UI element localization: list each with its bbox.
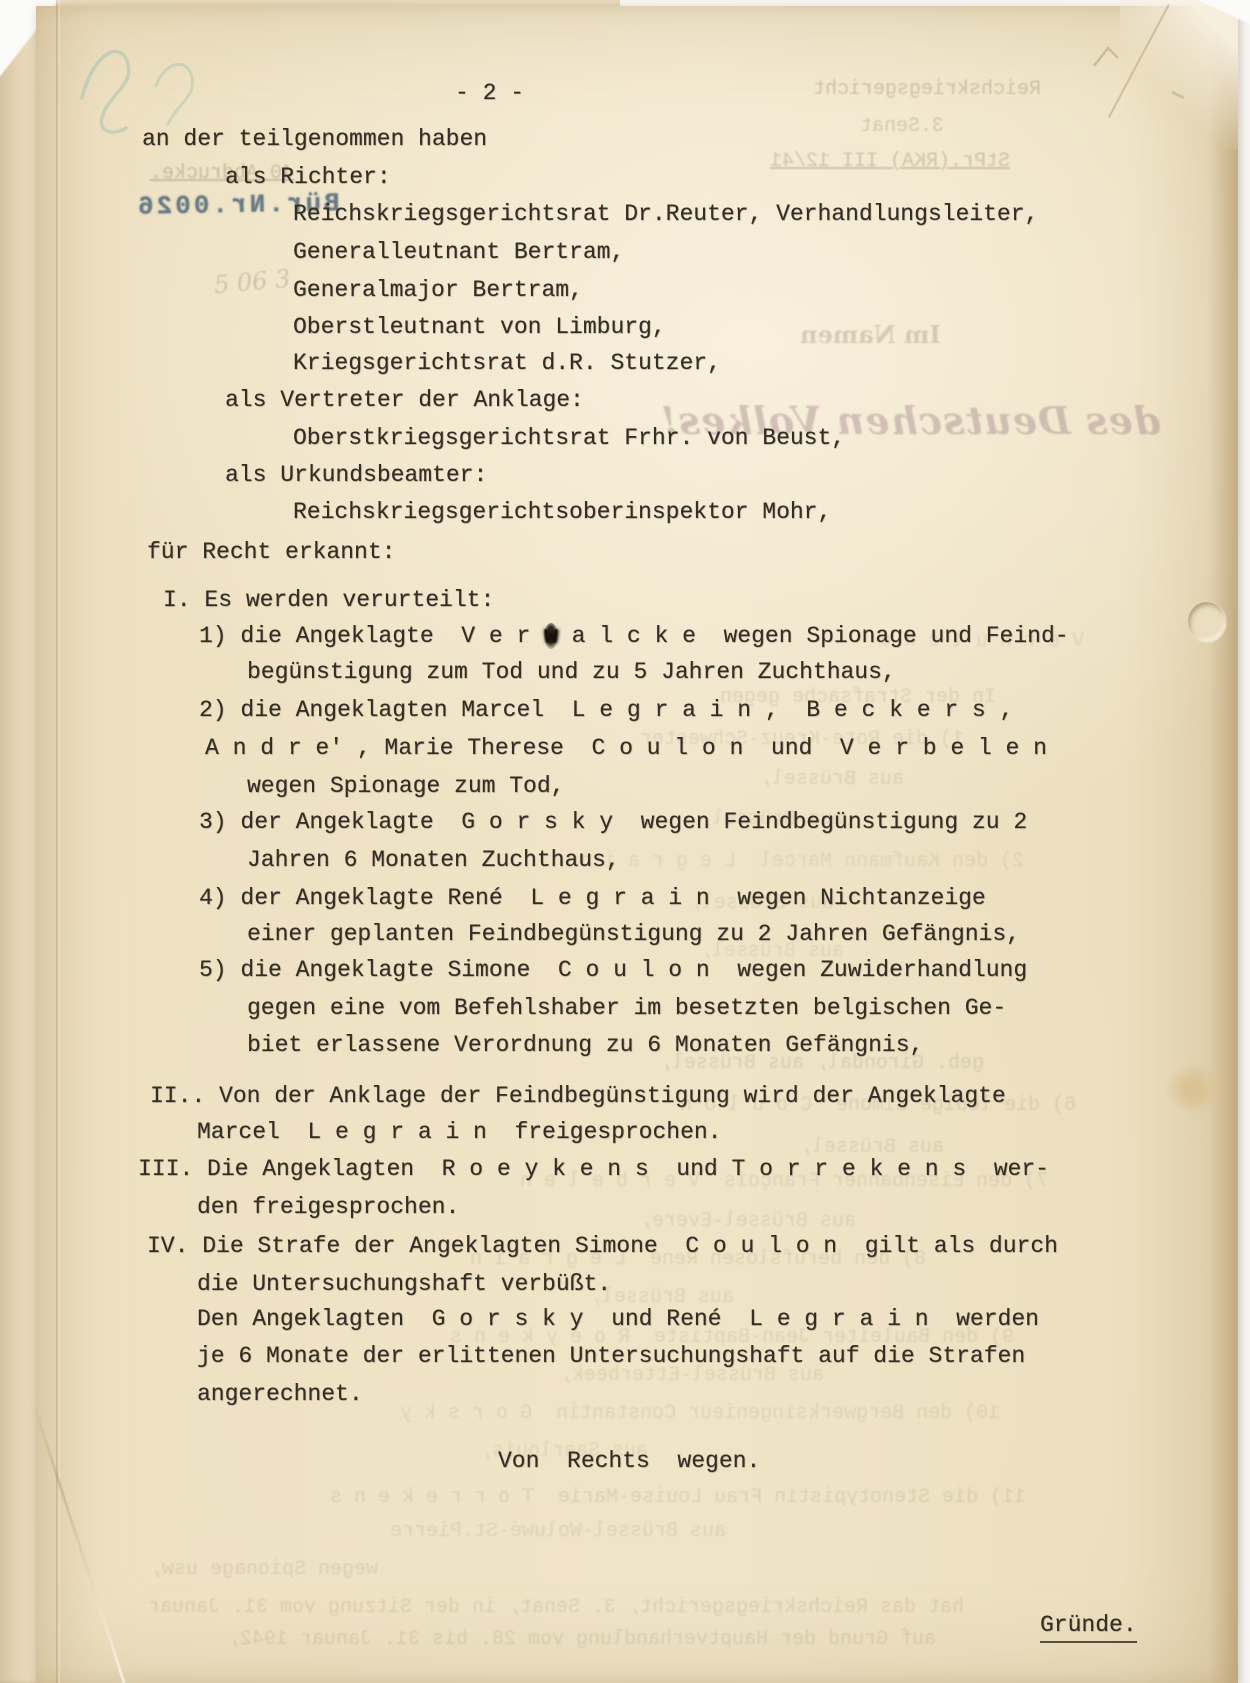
- typed-line: A n d r e' , Marie Therese C o u l o n u…: [205, 735, 1047, 761]
- typed-line: für Recht erkannt:: [147, 539, 395, 565]
- typed-text-run: a l c k e wegen Spionage und Feind-: [558, 623, 1069, 649]
- typed-line: Von Rechts wegen.: [498, 1448, 760, 1474]
- left-fold-crease: [56, 0, 60, 1683]
- punch-hole: [1188, 602, 1225, 641]
- bleedthrough-line: hat das Reichskriegsgericht, 3. Senat, i…: [148, 1596, 964, 1619]
- ink-blot: w: [544, 623, 558, 649]
- typed-line: als Urkundsbeamter:: [225, 462, 487, 488]
- typed-line: wegen Spionage zum Tod,: [247, 773, 564, 799]
- typed-line: gegen eine vom Befehlshaber im besetzten…: [247, 995, 1006, 1021]
- typed-line: einer geplanten Feindbegünstigung zu 2 J…: [247, 921, 1020, 947]
- bleedthrough-line: aus Brüssel-Woluwé-St.Pierre: [390, 1520, 726, 1543]
- typed-line: 5) die Angeklagte Simone C o u l o n weg…: [199, 957, 1027, 983]
- typed-line: - 2 -: [455, 80, 524, 106]
- bleedthrough-line: Im Namen: [800, 320, 941, 349]
- typed-line: Den Angeklagten G o r s k y und René L e…: [197, 1306, 1039, 1332]
- typed-line: begünstigung zum Tod und zu 5 Jahren Zuc…: [247, 659, 896, 685]
- bleedthrough-line: StPr.(RKA) III 12/41: [770, 150, 1010, 173]
- scanned-document: { "document": { "type": "typewritten cou…: [0, 0, 1250, 1683]
- bleedthrough-line: aus Brüssel,: [760, 768, 904, 791]
- typed-line: angerechnet.: [197, 1381, 363, 1407]
- typed-line: je 6 Monate der erlittenen Untersuchungs…: [197, 1343, 1025, 1369]
- stain-mark: [1166, 1064, 1220, 1114]
- typed-line: 3) der Angeklagte G o r s k y wegen Fein…: [199, 809, 1027, 835]
- typed-line: Kriegsgerichtsrat d.R. Stutzer,: [293, 350, 721, 376]
- bleedthrough-line: auf Grund der Hauptverhandlung vom 28. b…: [228, 1628, 936, 1651]
- bleedthrough-line: Reichskriegsgericht: [813, 78, 1041, 101]
- bleedthrough-line: 2) den Kaufmann Marcel L e g r a i n: [580, 850, 1024, 873]
- typed-line: 1) die Angeklagte V e r w a l c k e wege…: [199, 623, 1069, 649]
- typed-line: Oberstleutnant von Limburg,: [293, 314, 666, 340]
- typed-line: II.. Von der Anklage der Feindbegünstigu…: [150, 1083, 1006, 1109]
- typed-line: biet erlassene Verordnung zu 6 Monaten G…: [247, 1032, 923, 1058]
- typed-line: Gründe.: [1040, 1612, 1137, 1643]
- typed-text-run: 1) die Angeklagte V e r: [199, 623, 544, 649]
- typed-line: 2) die Angeklagten Marcel L e g r a i n …: [199, 697, 1013, 723]
- typed-line: 4) der Angeklagte René L e g r a i n weg…: [199, 885, 986, 911]
- typed-line: den freigesprochen.: [197, 1194, 459, 1220]
- bleedthrough-line: 11) die Stenotypistin Frau Louise-Marie …: [330, 1486, 1026, 1509]
- typed-line: Generalleutnant Bertram,: [293, 239, 624, 265]
- bleedthrough-line: 10) den Bergwerksingenieur Constantin G …: [400, 1402, 1000, 1425]
- typed-line: als Richter:: [225, 164, 391, 190]
- typed-line: I. Es werden verurteilt:: [163, 587, 494, 613]
- paper-dent-marks: [1086, 34, 1216, 114]
- typed-line: die Untersuchungshaft verbüßt.: [197, 1271, 611, 1297]
- typed-line: IV. Die Strafe der Angeklagten Simone C …: [147, 1233, 1058, 1259]
- right-edge-shading: [1208, 0, 1238, 1683]
- typed-line: an der teilgenommen haben: [142, 126, 487, 152]
- typed-line: Reichskriegsgerichtsrat Dr.Reuter, Verha…: [293, 201, 1038, 227]
- typed-line: Jahren 6 Monaten Zuchthaus,: [247, 847, 620, 873]
- typed-line: Oberstkriegsgerichtsrat Frhr. von Beust,: [293, 425, 845, 451]
- typed-line: als Vertreter der Anklage:: [225, 387, 584, 413]
- typed-line: Reichskriegsgerichtsoberinspektor Mohr,: [293, 499, 831, 525]
- bleedthrough-line: aus Brüssel-Evere,: [640, 1210, 856, 1233]
- typed-line: Marcel L e g r a i n freigesprochen.: [197, 1119, 722, 1145]
- typed-line: Generalmajor Bertram,: [293, 277, 583, 303]
- bleedthrough-line: 3.Senat: [860, 115, 944, 138]
- typed-line: III. Die Angeklagten R o e y k e n s und…: [138, 1156, 1049, 1182]
- paper-sheet: [36, 6, 1238, 1683]
- bleedthrough-line: wegen Spionage usw,: [150, 1558, 378, 1581]
